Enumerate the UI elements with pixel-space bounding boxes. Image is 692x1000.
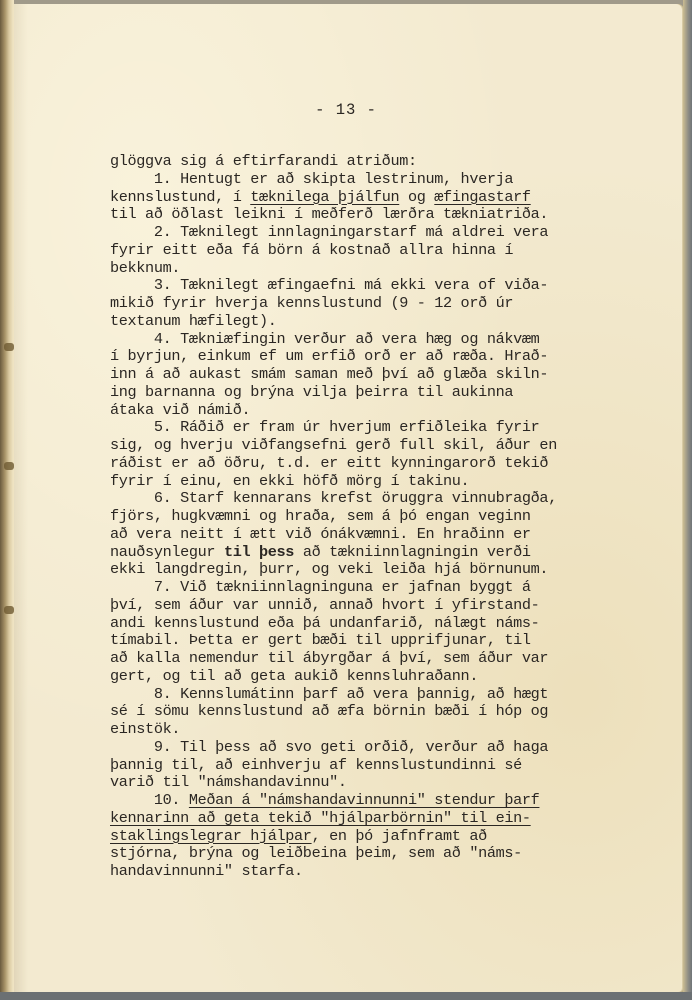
text-line: 9. Til þess að svo geti orðið, verður að…	[110, 739, 600, 757]
text-run: textanum hæfilegt).	[110, 312, 277, 330]
text-run: einstök.	[110, 720, 180, 738]
text-line: sé í sömu kennslustund að æfa börnin bæð…	[110, 703, 600, 721]
text-run: að tækniinnlagningin verði	[294, 543, 531, 561]
text-line: að vera neitt í ætt við ónákvæmni. En hr…	[110, 526, 600, 544]
text-line: 4. Tækniæfingin verður að vera hæg og ná…	[110, 331, 600, 349]
text-line: handavinnunni" starfa.	[110, 863, 600, 881]
underlined-text: tæknilega þjálfun	[250, 188, 399, 206]
text-run: í byrjun, einkum ef um erfið orð er að r…	[110, 347, 548, 365]
text-line: að kalla nemendur til ábyrgðar á því, se…	[110, 650, 600, 668]
text-run: stjórna, brýna og leiðbeina þeim, sem að…	[110, 844, 522, 862]
text-line: staklingslegrar hjálpar, en þó jafnframt…	[110, 828, 600, 846]
text-run: kennslustund, í	[110, 188, 250, 206]
text-line: sig, og hverju viðfangsefni gerð full sk…	[110, 437, 600, 455]
text-run: glöggva sig á eftirfarandi atriðum:	[110, 152, 417, 170]
text-run: gert, og til að geta aukið kennsluhraðan…	[110, 667, 478, 685]
text-run: 2. Tæknilegt innlagningarstarf má aldrei…	[110, 223, 548, 241]
underlined-text: kennarinn að geta tekið "hjálparbörnin" …	[110, 809, 531, 827]
text-line: átaka við námið.	[110, 402, 600, 420]
text-line: 6. Starf kennarans krefst öruggra vinnub…	[110, 490, 600, 508]
page-edge-right	[683, 0, 692, 1000]
text-run: 1. Hentugt er að skipta lestrinum, hverj…	[110, 170, 513, 188]
text-line: 2. Tæknilegt innlagningarstarf má aldrei…	[110, 224, 600, 242]
text-line: ráðist er að öðru, t.d. er eitt kynninga…	[110, 455, 600, 473]
text-run: handavinnunni" starfa.	[110, 862, 303, 880]
text-line: nauðsynlegur til þess að tækniinnlagning…	[110, 544, 600, 562]
text-run: , en þó jafnframt að	[312, 827, 487, 845]
text-run: 8. Kennslumátinn þarf að vera þannig, að…	[110, 685, 548, 703]
text-run: nauðsynlegur	[110, 543, 224, 561]
text-line: 10. Meðan á "námshandavinnunni" stendur …	[110, 792, 600, 810]
text-run: fjörs, hugkvæmni og hraða, sem á þó enga…	[110, 507, 531, 525]
text-run: að vera neitt í ætt við ónákvæmni. En hr…	[110, 525, 531, 543]
text-line: einstök.	[110, 721, 600, 739]
binding-stitch	[4, 462, 14, 470]
text-run: 3. Tæknilegt æfingaefni má ekki vera of …	[110, 276, 548, 294]
text-line: í byrjun, einkum ef um erfið orð er að r…	[110, 348, 600, 366]
book-binding	[0, 0, 14, 1000]
text-run: 6. Starf kennarans krefst öruggra vinnub…	[110, 489, 557, 507]
text-line: tímabil. Þetta er gert bæði til upprifju…	[110, 632, 600, 650]
text-line: kennslustund, í tæknilega þjálfun og æfi…	[110, 189, 600, 207]
text-run: að kalla nemendur til ábyrgðar á því, se…	[110, 649, 548, 667]
text-run: átaka við námið.	[110, 401, 250, 419]
text-line: ing barnanna og brýna vilja þeirra til a…	[110, 384, 600, 402]
underlined-text: Meðan á "námshandavinnunni" stendur þarf	[189, 791, 540, 809]
text-line: 7. Við tækniinnlagninguna er jafnan bygg…	[110, 579, 600, 597]
text-line: ekki langdregin, þurr, og veki leiða hjá…	[110, 561, 600, 579]
text-run: til að öðlast leikni í meðferð lærðra tæ…	[110, 205, 548, 223]
text-line: inn á að aukast smám saman með því að gl…	[110, 366, 600, 384]
text-line: andi kennslustund eða þá undanfarið, nál…	[110, 615, 600, 633]
text-line: 8. Kennslumátinn þarf að vera þannig, að…	[110, 686, 600, 704]
underlined-text: æfingastarf	[434, 188, 530, 206]
text-run: tímabil. Þetta er gert bæði til upprifju…	[110, 631, 531, 649]
text-run: 7. Við tækniinnlagninguna er jafnan bygg…	[110, 578, 531, 596]
underlined-text: staklingslegrar hjálpar	[110, 827, 312, 845]
text-run: ing barnanna og brýna vilja þeirra til a…	[110, 383, 513, 401]
binding-stitch	[4, 343, 14, 351]
text-line: mikið fyrir hverja kennslustund (9 - 12 …	[110, 295, 600, 313]
text-line: 5. Ráðið er fram úr hverjum erfiðleika f…	[110, 419, 600, 437]
text-line: þannig til, að einhverju af kennslustund…	[110, 757, 600, 775]
text-line: því, sem áður var unnið, annað hvort í y…	[110, 597, 600, 615]
text-run: 9. Til þess að svo geti orðið, verður að…	[110, 738, 548, 756]
text-line: textanum hæfilegt).	[110, 313, 600, 331]
text-line: kennarinn að geta tekið "hjálparbörnin" …	[110, 810, 600, 828]
text-run: bekknum.	[110, 259, 180, 277]
text-line: bekknum.	[110, 260, 600, 278]
page-number: - 13 -	[0, 101, 692, 119]
bold-text: til þess	[224, 543, 294, 561]
text-run: því, sem áður var unnið, annað hvort í y…	[110, 596, 539, 614]
text-run: mikið fyrir hverja kennslustund (9 - 12 …	[110, 294, 513, 312]
text-line: til að öðlast leikni í meðferð lærðra tæ…	[110, 206, 600, 224]
text-run: fyrir í einu, en ekki höfð mörg í takinu…	[110, 472, 469, 490]
text-run: fyrir eitt eða fá börn á kostnað allra h…	[110, 241, 513, 259]
text-run: sé í sömu kennslustund að æfa börnin bæð…	[110, 702, 548, 720]
text-run: ráðist er að öðru, t.d. er eitt kynninga…	[110, 454, 548, 472]
text-run: inn á að aukast smám saman með því að gl…	[110, 365, 548, 383]
text-line: fjörs, hugkvæmni og hraða, sem á þó enga…	[110, 508, 600, 526]
text-line: 3. Tæknilegt æfingaefni má ekki vera of …	[110, 277, 600, 295]
page-edge-bottom	[0, 992, 692, 1000]
text-line: glöggva sig á eftirfarandi atriðum:	[110, 153, 600, 171]
text-line: gert, og til að geta aukið kennsluhraðan…	[110, 668, 600, 686]
typewritten-body: glöggva sig á eftirfarandi atriðum: 1. H…	[110, 153, 600, 881]
binding-stitch	[4, 606, 14, 614]
text-run: og	[399, 188, 434, 206]
text-run: andi kennslustund eða þá undanfarið, nál…	[110, 614, 539, 632]
text-line: 1. Hentugt er að skipta lestrinum, hverj…	[110, 171, 600, 189]
text-line: stjórna, brýna og leiðbeina þeim, sem að…	[110, 845, 600, 863]
text-run: sig, og hverju viðfangsefni gerð full sk…	[110, 436, 557, 454]
text-run: ekki langdregin, þurr, og veki leiða hjá…	[110, 560, 548, 578]
text-run: 10.	[110, 791, 189, 809]
text-run: þannig til, að einhverju af kennslustund…	[110, 756, 522, 774]
text-run: varið til "námshandavinnu".	[110, 773, 347, 791]
text-run: 4. Tækniæfingin verður að vera hæg og ná…	[110, 330, 539, 348]
text-line: fyrir eitt eða fá börn á kostnað allra h…	[110, 242, 600, 260]
text-line: fyrir í einu, en ekki höfð mörg í takinu…	[110, 473, 600, 491]
scanned-book: - 13 - glöggva sig á eftirfarandi atriðu…	[0, 0, 692, 1000]
text-run: 5. Ráðið er fram úr hverjum erfiðleika f…	[110, 418, 539, 436]
text-line: varið til "námshandavinnu".	[110, 774, 600, 792]
